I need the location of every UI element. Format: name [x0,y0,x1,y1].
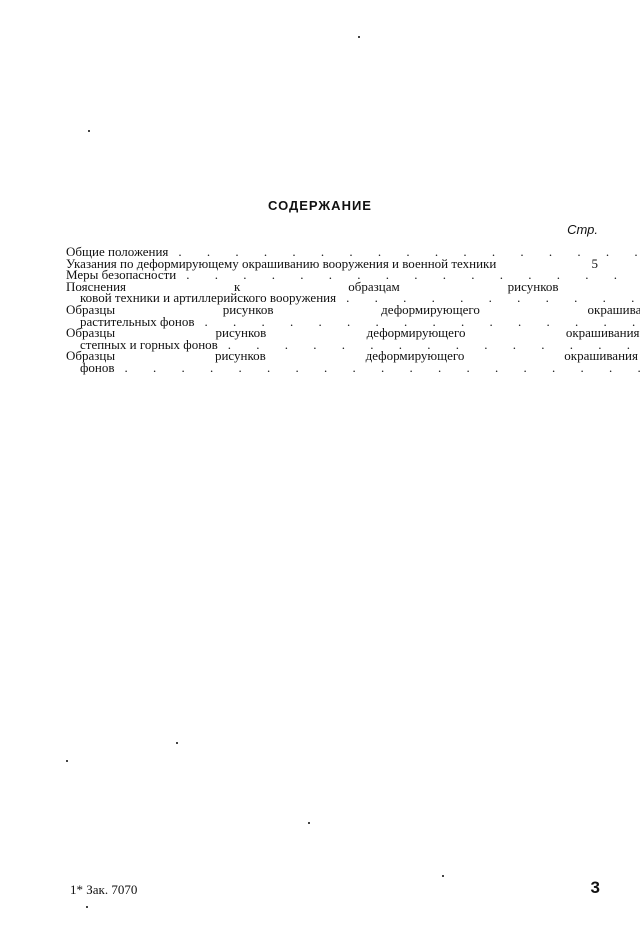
scan-speck [308,822,310,824]
toc-entry-title: Образцы рисунков деформирующего окрашива… [66,350,640,362]
order-mark: 1* Зак. 7070 [70,882,137,898]
toc-entry: Образцы рисунков деформирующего окрашива… [66,350,598,373]
toc-entry-title-continuation: фонов [80,362,115,374]
scan-speck [358,36,360,38]
table-of-contents: Общие положения. . . . . . . . . . . . .… [66,246,598,374]
scan-speck [86,906,88,908]
page-number: 3 [591,878,600,898]
toc-title: СОДЕРЖАНИЕ [0,198,640,213]
toc-entry: Образцы рисунков деформирующего окрашива… [66,304,598,327]
scan-speck [66,760,68,762]
toc-entry: Образцы рисунков деформирующего окрашива… [66,327,598,350]
scan-speck [442,875,444,877]
scan-speck [176,742,178,744]
page-column-label: Стр. [567,222,598,237]
dot-leader: . . . . . . . . . . . . . . . . . . . . … [115,362,640,374]
scan-speck [88,130,90,132]
toc-entry: Пояснения к образцам рисунков деформирую… [66,281,598,304]
toc-entry-page: 5 [570,258,598,270]
